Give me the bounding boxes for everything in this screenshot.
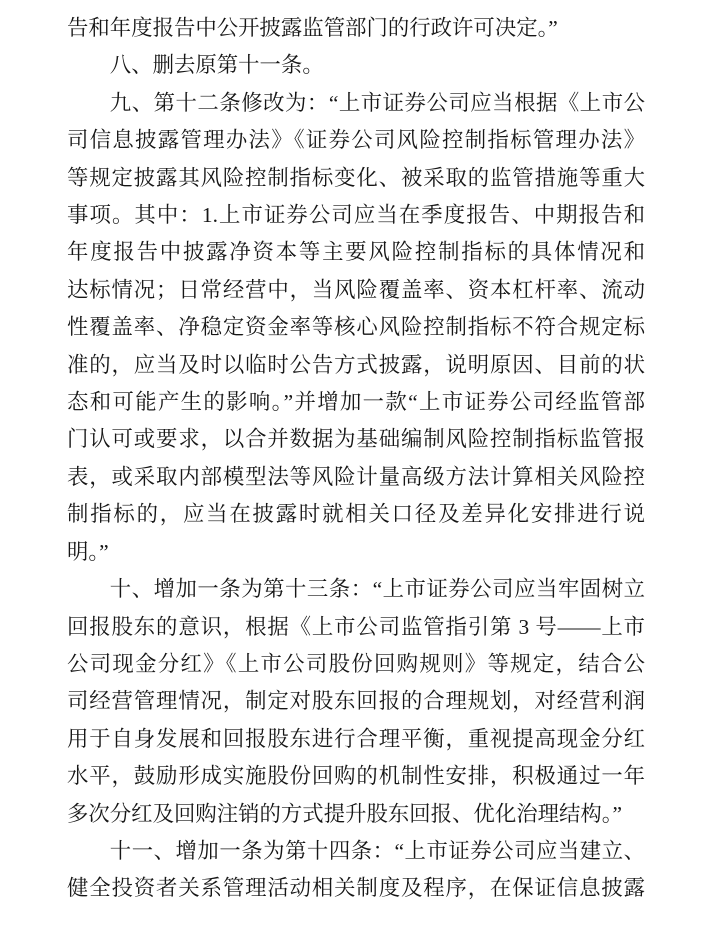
text-block: 告和年度报告中公开披露监管部门的行政许可决定。”八、删去原第十一条。九、第十二条… — [67, 10, 645, 908]
text-line: 门认可或要求，以合并数据为基础编制风险控制指标监管报 — [67, 421, 645, 458]
text-line: 回报股东的意识，根据《上市公司监管指引第 3 号——上市 — [67, 609, 645, 646]
text-line: 水平，鼓励形成实施股份回购的机制性安排，积极通过一年 — [67, 758, 645, 795]
paragraph: 十、增加一条为第十三条：“上市证券公司应当牢固树立回报股东的意识，根据《上市公司… — [67, 571, 645, 833]
text-line: 明。” — [67, 534, 645, 571]
text-line: 年度报告中披露净资本等主要风险控制指标的具体情况和 — [67, 234, 645, 271]
text-line: 健全投资者关系管理活动相关制度及程序，在保证信息披露 — [67, 870, 645, 907]
paragraph: 告和年度报告中公开披露监管部门的行政许可决定。” — [67, 10, 645, 47]
text-line: 准的，应当及时以临时公告方式披露，说明原因、目前的状 — [67, 347, 645, 384]
text-line: 十一、增加一条为第十四条：“上市证券公司应当建立、 — [67, 833, 645, 870]
text-line: 八、删去原第十一条。 — [67, 47, 645, 84]
text-line: 司信息披露管理办法》《证券公司风险控制指标管理办法》 — [67, 122, 645, 159]
text-line: 告和年度报告中公开披露监管部门的行政许可决定。” — [67, 10, 645, 47]
text-line: 性覆盖率、净稳定资金率等核心风险控制指标不符合规定标 — [67, 309, 645, 346]
text-line: 十、增加一条为第十三条：“上市证券公司应当牢固树立 — [67, 571, 645, 608]
text-line: 制指标的，应当在披露时就相关口径及差异化安排进行说 — [67, 496, 645, 533]
text-line: 等规定披露其风险控制指标变化、被采取的监管措施等重大 — [67, 160, 645, 197]
document-page: 告和年度报告中公开披露监管部门的行政许可决定。”八、删去原第十一条。九、第十二条… — [0, 0, 713, 941]
text-line: 达标情况；日常经营中，当风险覆盖率、资本杠杆率、流动 — [67, 272, 645, 309]
text-line: 九、第十二条修改为：“上市证券公司应当根据《上市公 — [67, 85, 645, 122]
text-line: 态和可能产生的影响。”并增加一款“上市证券公司经监管部 — [67, 384, 645, 421]
text-line: 司经营管理情况，制定对股东回报的合理规划，对经营利润 — [67, 683, 645, 720]
text-line: 用于自身发展和回报股东进行合理平衡，重视提高现金分红 — [67, 721, 645, 758]
text-line: 多次分红及回购注销的方式提升股东回报、优化治理结构。” — [67, 796, 645, 833]
text-line: 公司现金分红》《上市公司股份回购规则》等规定，结合公 — [67, 646, 645, 683]
text-line: 事项。其中：1.上市证券公司应当在季度报告、中期报告和 — [67, 197, 645, 234]
paragraph: 十一、增加一条为第十四条：“上市证券公司应当建立、健全投资者关系管理活动相关制度… — [67, 833, 645, 908]
text-line: 表，或采取内部模型法等风险计量高级方法计算相关风险控 — [67, 459, 645, 496]
paragraph: 九、第十二条修改为：“上市证券公司应当根据《上市公司信息披露管理办法》《证券公司… — [67, 85, 645, 571]
paragraph: 八、删去原第十一条。 — [67, 47, 645, 84]
